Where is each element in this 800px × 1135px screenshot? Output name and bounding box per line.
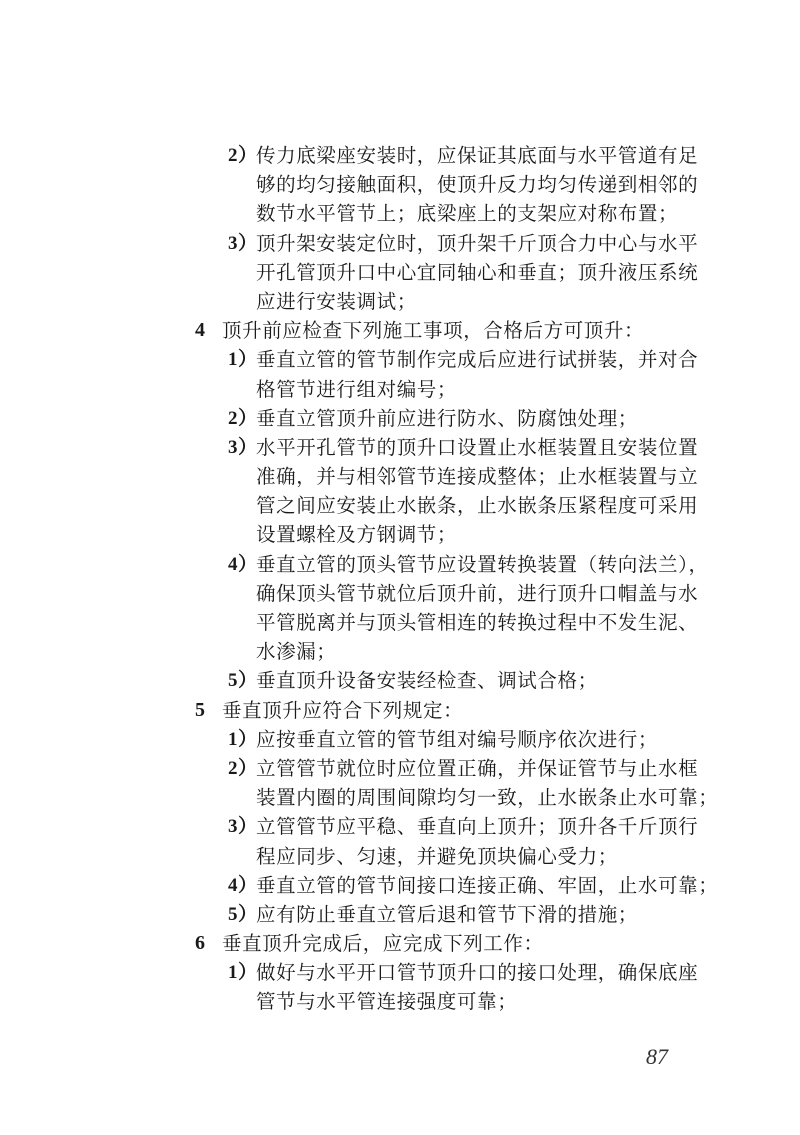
item-number: 6 <box>195 929 206 958</box>
sub-clause-item: 1）应按垂直立管的管节组对编号顺序依次进行； <box>190 725 730 754</box>
item-text: 垂直立管的管节间接口连接正确、牢固，止水可靠； <box>256 871 718 900</box>
item-text: 顶升架安装定位时，顶升架千斤顶合力中心与水平 <box>256 229 698 258</box>
sub-clause-item: 1）做好与水平开口管节顶升口的接口处理，确保底座 <box>190 958 730 987</box>
item-number: 3） <box>228 433 258 462</box>
sub-clause-item: 4）垂直立管的顶头管节应设置转换装置（转向法兰）， <box>190 550 730 579</box>
item-text: 数节水平管节上；底梁座上的支架应对称布置； <box>256 199 678 228</box>
item-text: 垂直顶升完成后，应完成下列工作： <box>222 929 544 958</box>
item-number: 4） <box>228 871 258 900</box>
item-number: 5 <box>195 696 206 725</box>
item-number: 4 <box>195 316 206 345</box>
item-number: 2） <box>228 404 258 433</box>
sub-clause-item: 3）水平开孔管节的顶升口设置止水框装置且安装位置 <box>190 433 730 462</box>
page-number: 87 <box>646 1044 668 1070</box>
text-line-continuation: 准确，并与相邻管节连接成整体；止水框装置与立 <box>190 462 730 491</box>
item-number: 3） <box>228 812 258 841</box>
item-text: 设置螺栓及方钢调节； <box>256 520 457 549</box>
item-text: 管节与水平管连接强度可靠； <box>256 987 517 1016</box>
sub-clause-item: 2）立管管节就位时应位置正确，并保证管节与止水框 <box>190 754 730 783</box>
item-text: 准确，并与相邻管节连接成整体；止水框装置与立 <box>256 462 698 491</box>
sub-clause-item: 3）立管管节应平稳、垂直向上顶升；顶升各千斤顶行 <box>190 812 730 841</box>
sub-clause-item: 3）顶升架安装定位时，顶升架千斤顶合力中心与水平 <box>190 229 730 258</box>
text-line-continuation: 数节水平管节上；底梁座上的支架应对称布置； <box>190 199 730 228</box>
text-line-continuation: 水渗漏； <box>190 637 730 666</box>
item-number: 1） <box>228 958 258 987</box>
item-text: 管之间应安装止水嵌条，止水嵌条压紧程度可采用 <box>256 491 698 520</box>
item-number: 1） <box>228 725 258 754</box>
item-text: 传力底梁座安装时，应保证其底面与水平管道有足 <box>256 141 698 170</box>
item-text: 立管管节就位时应位置正确，并保证管节与止水框 <box>256 754 698 783</box>
text-line-continuation: 装置内圈的周围间隙均匀一致，止水嵌条止水可靠； <box>190 783 730 812</box>
item-text: 顶升前应检查下列施工事项，合格后方可顶升： <box>222 316 644 345</box>
sub-clause-item: 2）垂直立管顶升前应进行防水、防腐蚀处理； <box>190 404 730 433</box>
item-text: 开孔管顶升口中心宜同轴心和垂直；顶升液压系统 <box>256 258 698 287</box>
sub-clause-item: 5）垂直顶升设备安装经检查、调试合格； <box>190 666 730 695</box>
sub-clause-item: 1）垂直立管的管节制作完成后应进行试拼装，并对合 <box>190 345 730 374</box>
item-text: 垂直立管的管节制作完成后应进行试拼装，并对合 <box>256 345 698 374</box>
item-number: 5） <box>228 666 258 695</box>
clause-item: 5垂直顶升应符合下列规定： <box>190 696 730 725</box>
item-text: 水平开孔管节的顶升口设置止水框装置且安装位置 <box>256 433 698 462</box>
text-line-continuation: 开孔管顶升口中心宜同轴心和垂直；顶升液压系统 <box>190 258 730 287</box>
item-text: 够的均匀接触面积，使顶升反力均匀传递到相邻的 <box>256 170 698 199</box>
item-text: 垂直立管的顶头管节应设置转换装置（转向法兰）， <box>256 550 709 579</box>
sub-clause-item: 2）传力底梁座安装时，应保证其底面与水平管道有足 <box>190 141 730 170</box>
item-number: 4） <box>228 550 258 579</box>
text-line-continuation: 管之间应安装止水嵌条，止水嵌条压紧程度可采用 <box>190 491 730 520</box>
clause-item: 4顶升前应检查下列施工事项，合格后方可顶升： <box>190 316 730 345</box>
item-text: 格管节进行组对编号； <box>256 375 457 404</box>
text-line-continuation: 确保顶头管节就位后顶升前，进行顶升口帽盖与水 <box>190 579 730 608</box>
document-page: 2）传力底梁座安装时，应保证其底面与水平管道有足够的均匀接触面积，使顶升反力均匀… <box>0 0 800 1135</box>
item-number: 2） <box>228 141 258 170</box>
item-text: 垂直顶升设备安装经检查、调试合格； <box>256 666 598 695</box>
item-number: 3） <box>228 229 258 258</box>
text-line-continuation: 管节与水平管连接强度可靠； <box>190 987 730 1016</box>
item-text: 装置内圈的周围间隙均匀一致，止水嵌条止水可靠； <box>256 783 718 812</box>
item-text: 平管脱离并与顶头管相连的转换过程中不发生泥、 <box>256 608 698 637</box>
clause-item: 6垂直顶升完成后，应完成下列工作： <box>190 929 730 958</box>
item-text: 做好与水平开口管节顶升口的接口处理，确保底座 <box>256 958 698 987</box>
text-line-continuation: 平管脱离并与顶头管相连的转换过程中不发生泥、 <box>190 608 730 637</box>
sub-clause-item: 5）应有防止垂直立管后退和管节下滑的措施； <box>190 900 730 929</box>
item-text: 水渗漏； <box>256 637 336 666</box>
text-line-continuation: 够的均匀接触面积，使顶升反力均匀传递到相邻的 <box>190 170 730 199</box>
sub-clause-item: 4）垂直立管的管节间接口连接正确、牢固，止水可靠； <box>190 871 730 900</box>
item-text: 确保顶头管节就位后顶升前，进行顶升口帽盖与水 <box>256 579 698 608</box>
item-number: 5） <box>228 900 258 929</box>
item-text: 程应同步、匀速，并避免顶块偏心受力； <box>256 842 618 871</box>
item-text: 垂直立管顶升前应进行防水、防腐蚀处理； <box>256 404 638 433</box>
item-number: 1） <box>228 345 258 374</box>
text-line-continuation: 程应同步、匀速，并避免顶块偏心受力； <box>190 842 730 871</box>
item-text: 垂直顶升应符合下列规定： <box>222 696 463 725</box>
item-text: 应有防止垂直立管后退和管节下滑的措施； <box>256 900 638 929</box>
text-line-continuation: 应进行安装调试； <box>190 287 730 316</box>
document-body: 2）传力底梁座安装时，应保证其底面与水平管道有足够的均匀接触面积，使顶升反力均匀… <box>190 141 730 1017</box>
item-number: 2） <box>228 754 258 783</box>
item-text: 立管管节应平稳、垂直向上顶升；顶升各千斤顶行 <box>256 812 698 841</box>
text-line-continuation: 设置螺栓及方钢调节； <box>190 520 730 549</box>
item-text: 应进行安装调试； <box>256 287 417 316</box>
item-text: 应按垂直立管的管节组对编号顺序依次进行； <box>256 725 658 754</box>
text-line-continuation: 格管节进行组对编号； <box>190 375 730 404</box>
